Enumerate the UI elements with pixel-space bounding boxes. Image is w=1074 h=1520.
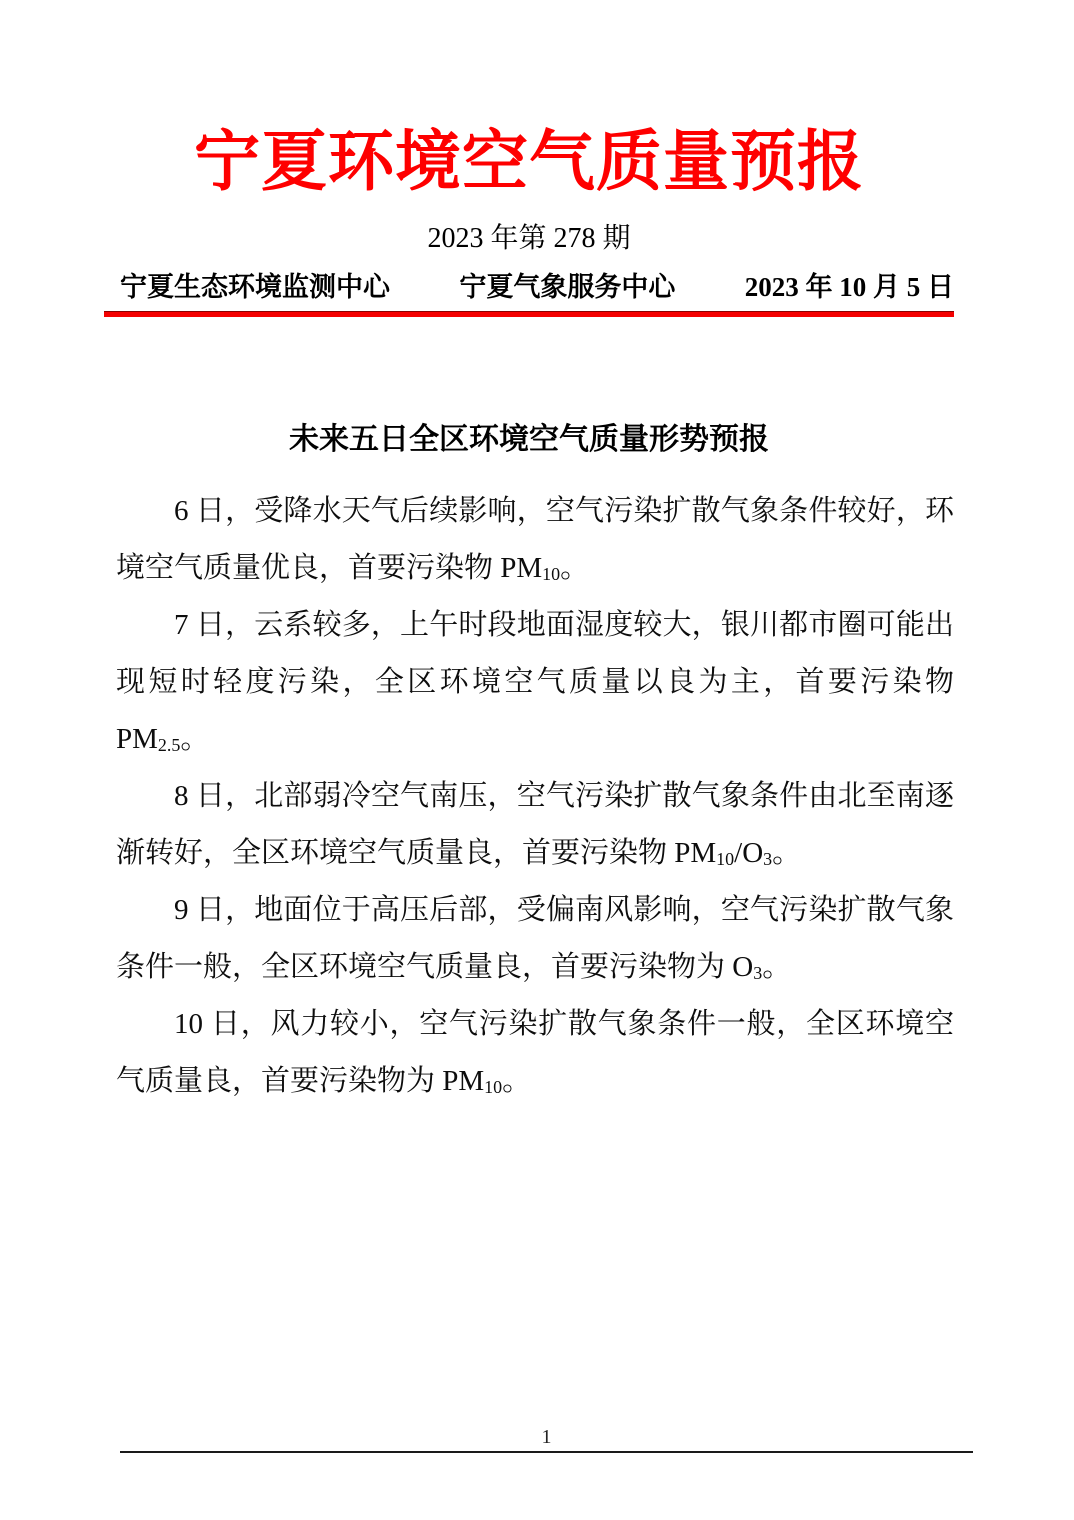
issuer-left: 宁夏生态环境监测中心: [120, 271, 390, 303]
section-title: 未来五日全区环境空气质量形势预报: [104, 419, 954, 461]
paragraph-text: 9 日，地面位于高压后部，受偏南风影响，空气污染扩散气象条件一般，全区环境空气质…: [116, 894, 954, 983]
forecast-paragraph: 9 日，地面位于高压后部，受偏南风影响，空气污染扩散气象条件一般，全区环境空气质…: [116, 882, 954, 996]
pollutant-subscript: 3: [753, 964, 762, 984]
forecast-paragraph: 6 日，受降水天气后续影响，空气污染扩散气象条件较好，环境空气质量优良，首要污染…: [116, 483, 954, 597]
paragraph-text: 6 日，受降水天气后续影响，空气污染扩散气象条件较好，环境空气质量优良，首要污染…: [116, 495, 954, 584]
page-number: 1: [120, 1424, 973, 1450]
document-body: 未来五日全区环境空气质量形势预报 6 日，受降水天气后续影响，空气污染扩散气象条…: [0, 419, 1074, 1110]
pollutant-subscript: 10: [716, 850, 734, 870]
forecast-paragraph: 10 日，风力较小，空气污染扩散气象条件一般，全区环境空气质量良，首要污染物为 …: [116, 996, 954, 1110]
issue-number: 2023 年第 278 期: [0, 223, 1074, 255]
pollutant-subscript: 3: [763, 850, 772, 870]
document-title: 宁夏环境空气质量预报: [0, 0, 1074, 197]
document-header: 宁夏环境空气质量预报 2023 年第 278 期 宁夏生态环境监测中心 宁夏气象…: [0, 0, 1074, 317]
paragraph-text: 。: [762, 951, 791, 983]
document-page: 宁夏环境空气质量预报 2023 年第 278 期 宁夏生态环境监测中心 宁夏气象…: [0, 0, 1074, 1520]
red-divider: [104, 311, 954, 317]
document-footer: 1: [120, 1424, 973, 1453]
pollutant-subscript: 10: [484, 1078, 502, 1098]
pollutant-subscript: 2.5: [158, 736, 180, 756]
paragraph-text: 。: [772, 837, 801, 869]
pollutant-subscript: 10: [542, 565, 560, 585]
paragraph-text: 7 日，云系较多，上午时段地面湿度较大，银川都市圈可能出现短时轻度污染，全区环境…: [116, 609, 954, 755]
footer-rule: [120, 1451, 973, 1453]
forecast-paragraphs: 6 日，受降水天气后续影响，空气污染扩散气象条件较好，环境空气质量优良，首要污染…: [116, 483, 954, 1110]
issuer-row: 宁夏生态环境监测中心 宁夏气象服务中心 2023 年 10 月 5 日: [104, 271, 954, 303]
paragraph-text: 。: [560, 552, 589, 584]
paragraph-text: 8 日，北部弱冷空气南压，空气污染扩散气象条件由北至南逐渐转好，全区环境空气质量…: [116, 780, 954, 869]
paragraph-text: 。: [180, 723, 209, 755]
forecast-paragraph: 8 日，北部弱冷空气南压，空气污染扩散气象条件由北至南逐渐转好，全区环境空气质量…: [116, 768, 954, 882]
forecast-paragraph: 7 日，云系较多，上午时段地面湿度较大，银川都市圈可能出现短时轻度污染，全区环境…: [116, 597, 954, 768]
issue-date: 2023 年 10 月 5 日: [745, 271, 954, 303]
paragraph-text: 10 日，风力较小，空气污染扩散气象条件一般，全区环境空气质量良，首要污染物为 …: [116, 1008, 954, 1097]
paragraph-text: /O: [734, 837, 763, 869]
issuer-center: 宁夏气象服务中心: [459, 271, 675, 303]
paragraph-text: 。: [502, 1065, 531, 1097]
